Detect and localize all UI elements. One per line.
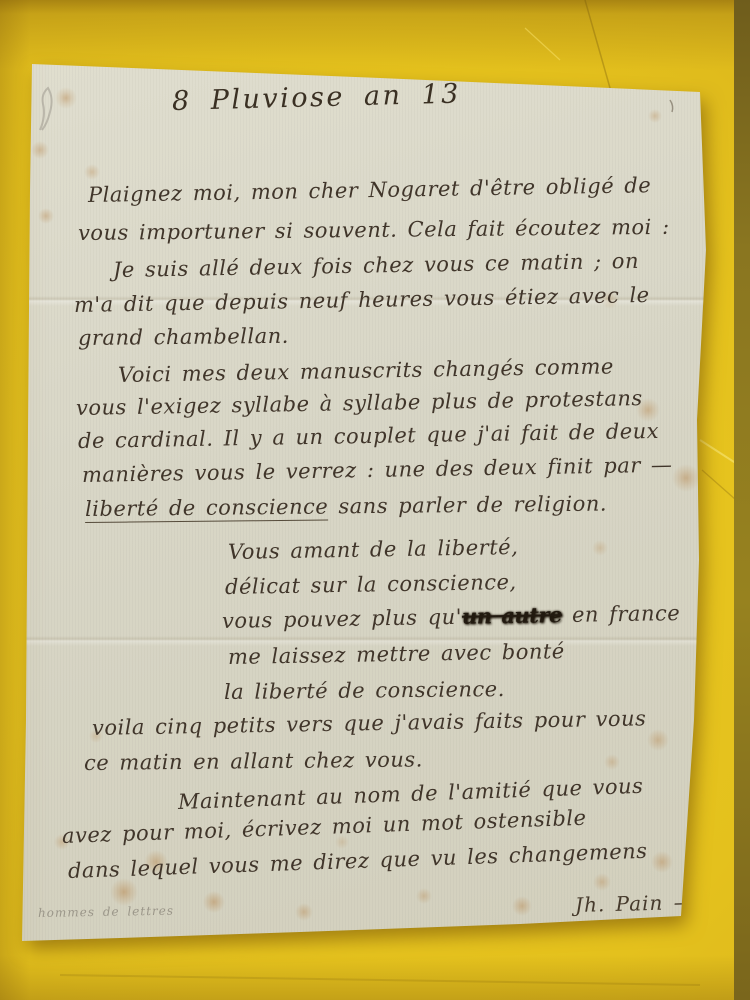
pencil-note: hommes de lettres — [38, 904, 174, 920]
verse-line-1: Vous amant de la liberté, — [228, 535, 519, 564]
verse-line-5: la liberté de conscience. — [224, 677, 505, 704]
text-segment: vous pouvez plus qu' — [222, 605, 462, 633]
letter-paper-wrap: 8 Pluviose an 13Plaignez moi, mon cher N… — [0, 0, 750, 1000]
text-segment: la liberté de conscience. — [224, 677, 505, 704]
text-segment: Vous amant de la liberté, — [228, 535, 519, 564]
text-segment: hommes de lettres — [38, 904, 174, 920]
text-segment: grand chambellan. — [78, 324, 289, 350]
text-segment: sans parler de religion. — [328, 492, 607, 519]
verse-line-2: délicat sur la conscience, — [225, 570, 517, 599]
signature: Jh. Pain —— — [575, 889, 716, 917]
body-line-5: grand chambellan. — [78, 324, 289, 350]
body-line-12: ce matin en allant chez vous. — [84, 747, 423, 775]
overwritten-word: un autre — [462, 602, 562, 629]
text-segment: délicat sur la conscience, — [225, 570, 517, 599]
letter-paper: 8 Pluviose an 13Plaignez moi, mon cher N… — [0, 0, 750, 1000]
text-segment: Jh. Pain —— — [575, 889, 716, 917]
underlined-phrase: liberté de conscience — [85, 494, 329, 523]
text-segment: en france — [562, 601, 681, 627]
text-segment: ce matin en allant chez vous. — [84, 747, 423, 775]
